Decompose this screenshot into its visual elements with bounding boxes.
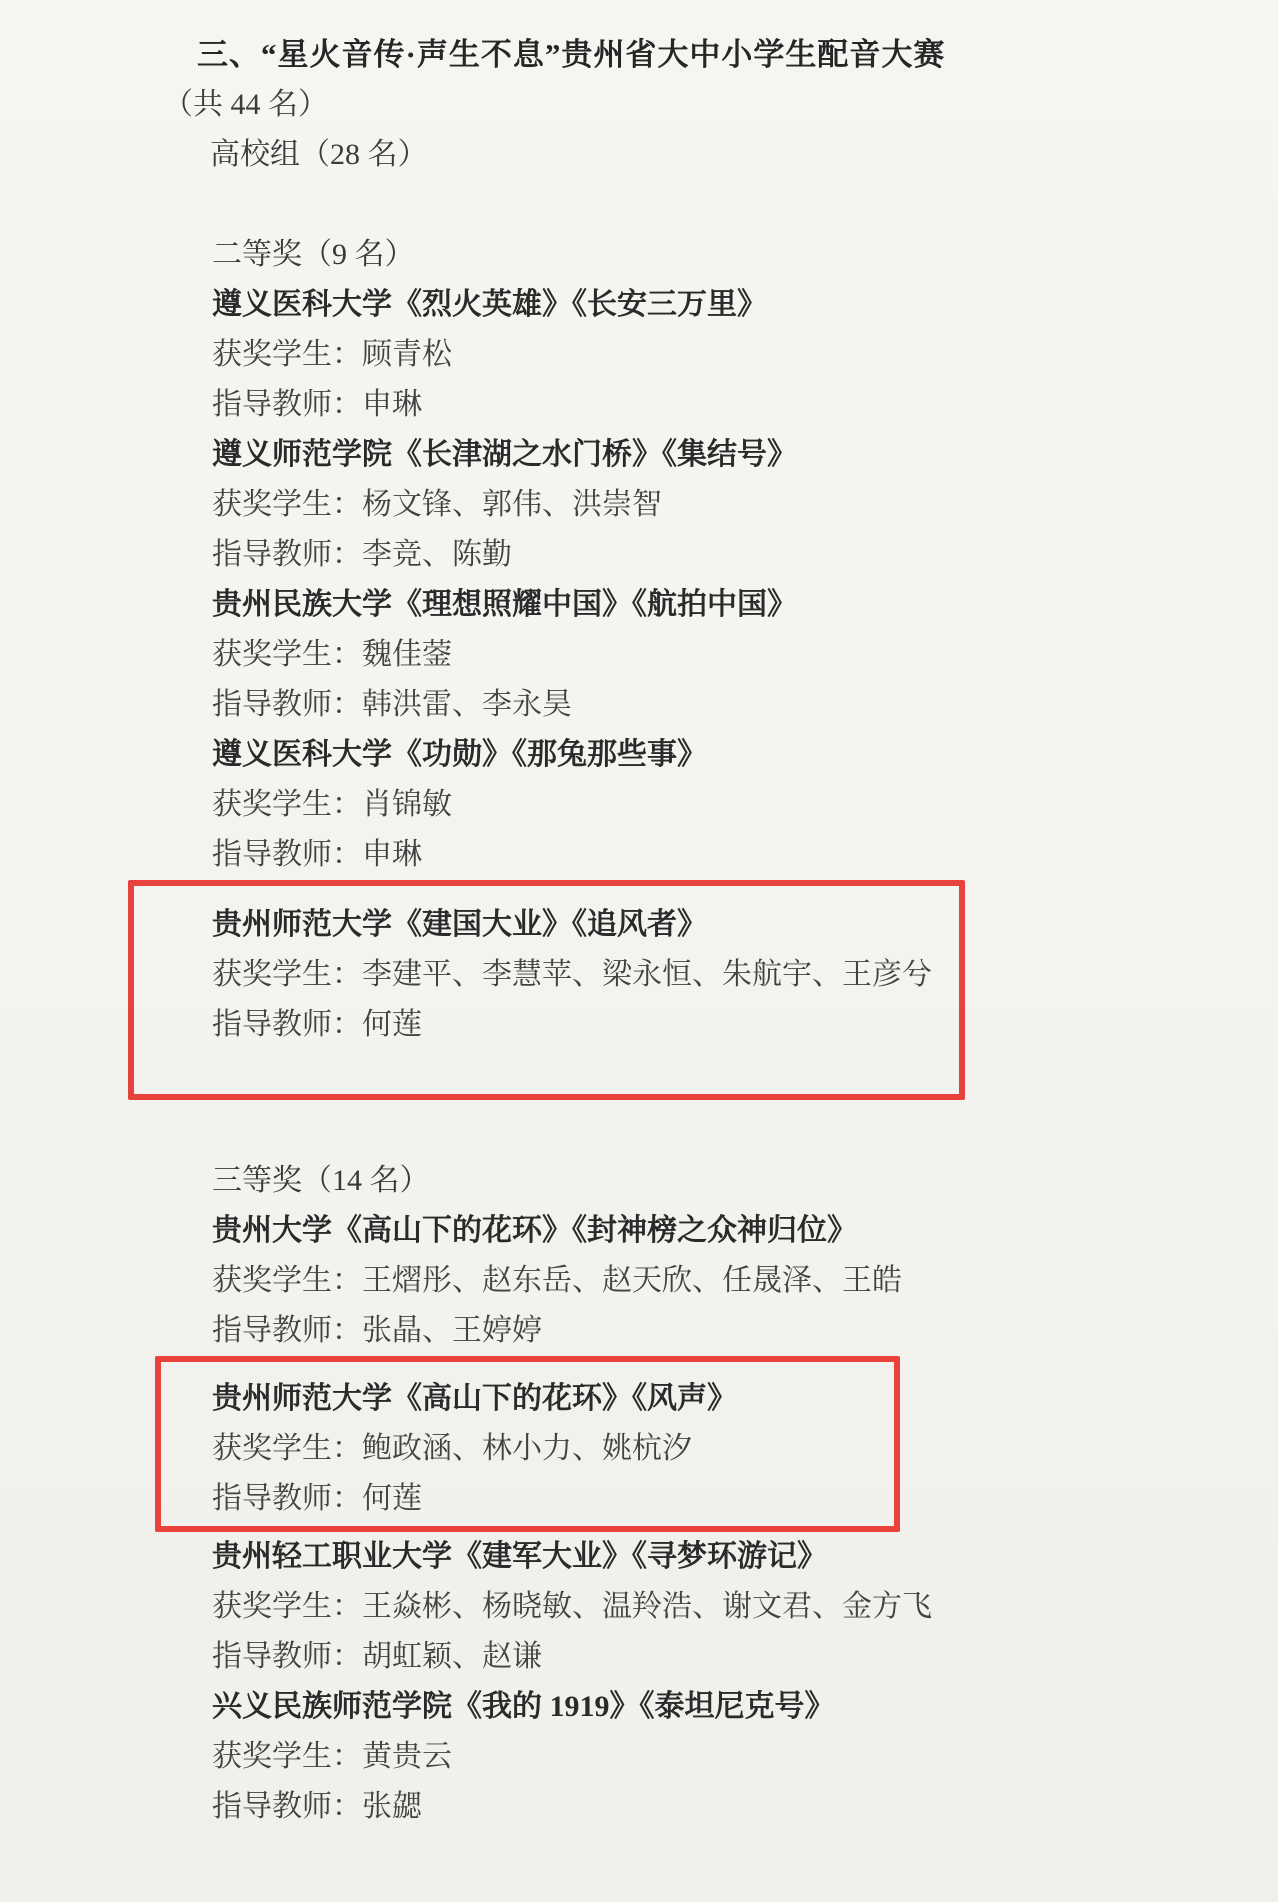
entry-students-line: 获奖学生：王焱彬、杨晓敏、温羚浩、谢文君、金方飞 (212, 1582, 1278, 1632)
entry-teachers-line: 指导教师：张勰 (212, 1782, 1278, 1832)
entry-school-line: 遵义医科大学《功勋》《那兔那些事》 (212, 730, 1278, 780)
document-page: 三、“星火音传·声生不息”贵州省大中小学生配音大赛 （共 44 名） 高校组（2… (0, 0, 1278, 1902)
entry-school-line: 贵州师范大学《建国大业》《追风者》 (212, 900, 959, 950)
award-entry-highlighted: 贵州师范大学《建国大业》《追风者》 获奖学生：李建平、李慧苹、梁永恒、朱航宇、王… (134, 900, 959, 1050)
award-tier-heading-third-prize: 三等奖（14 名） (212, 1156, 1278, 1206)
entry-school-line: 贵州民族大学《理想照耀中国》《航拍中国》 (212, 580, 1278, 630)
entry-teachers-line: 指导教师：申琳 (212, 830, 1278, 880)
entry-students-line: 获奖学生：黄贵云 (212, 1732, 1278, 1782)
entry-teachers-line: 指导教师：何莲 (212, 1474, 894, 1524)
entry-school-line: 贵州师范大学《高山下的花环》《风声》 (212, 1374, 894, 1424)
award-entry: 遵义医科大学《功勋》《那兔那些事》 获奖学生：肖锦敏 指导教师：申琳 (0, 730, 1278, 880)
entry-school-line: 遵义医科大学《烈火英雄》《长安三万里》 (212, 280, 1278, 330)
entry-students-line: 获奖学生：顾青松 (212, 330, 1278, 380)
award-entry: 贵州民族大学《理想照耀中国》《航拍中国》 获奖学生：魏佳蓥 指导教师：韩洪雷、李… (0, 580, 1278, 730)
entry-school-line: 遵义师范学院《长津湖之水门桥》《集结号》 (212, 430, 1278, 480)
entry-students-line: 获奖学生：杨文锋、郭伟、洪崇智 (212, 480, 1278, 530)
spacer (0, 180, 1278, 230)
award-tier-heading-second-prize: 二等奖（9 名） (212, 230, 1278, 280)
entry-students-line: 获奖学生：鲍政涵、林小力、姚杭汐 (212, 1424, 894, 1474)
entry-students-line: 获奖学生：王熠彤、赵东岳、赵天欣、任晟泽、王皓 (212, 1256, 1278, 1306)
entry-teachers-line: 指导教师：李竞、陈勤 (212, 530, 1278, 580)
entry-students-line: 获奖学生：李建平、李慧苹、梁永恒、朱航宇、王彦兮 (212, 950, 959, 1000)
entry-school-line: 兴义民族师范学院《我的 1919》《泰坦尼克号》 (212, 1682, 1278, 1732)
award-entry: 兴义民族师范学院《我的 1919》《泰坦尼克号》 获奖学生：黄贵云 指导教师：张… (0, 1682, 1278, 1832)
group-heading: 高校组（28 名） (210, 130, 1278, 180)
award-entry-highlighted: 贵州师范大学《高山下的花环》《风声》 获奖学生：鲍政涵、林小力、姚杭汐 指导教师… (161, 1374, 894, 1524)
award-entry: 遵义师范学院《长津湖之水门桥》《集结号》 获奖学生：杨文锋、郭伟、洪崇智 指导教… (0, 430, 1278, 580)
entry-students-line: 获奖学生：魏佳蓥 (212, 630, 1278, 680)
highlight-box-third-prize: 贵州师范大学《高山下的花环》《风声》 获奖学生：鲍政涵、林小力、姚杭汐 指导教师… (155, 1356, 900, 1532)
entry-school-line: 贵州大学《高山下的花环》《封神榜之众神归位》 (212, 1206, 1278, 1256)
document-title: 三、“星火音传·声生不息”贵州省大中小学生配音大赛 (197, 30, 1278, 80)
total-count-line: （共 44 名） (163, 80, 1278, 130)
entry-teachers-line: 指导教师：张晶、王婷婷 (212, 1306, 1278, 1356)
entry-students-line: 获奖学生：肖锦敏 (212, 780, 1278, 830)
entry-teachers-line: 指导教师：何莲 (212, 1000, 959, 1050)
spacer (0, 1100, 1278, 1156)
award-entry: 遵义医科大学《烈火英雄》《长安三万里》 获奖学生：顾青松 指导教师：申琳 (0, 280, 1278, 430)
award-entry: 贵州大学《高山下的花环》《封神榜之众神归位》 获奖学生：王熠彤、赵东岳、赵天欣、… (0, 1206, 1278, 1356)
entry-teachers-line: 指导教师：胡虹颖、赵谦 (212, 1632, 1278, 1682)
entry-teachers-line: 指导教师：申琳 (212, 380, 1278, 430)
entry-teachers-line: 指导教师：韩洪雷、李永昊 (212, 680, 1278, 730)
highlight-box-second-prize: 贵州师范大学《建国大业》《追风者》 获奖学生：李建平、李慧苹、梁永恒、朱航宇、王… (128, 880, 965, 1100)
award-entry: 贵州轻工职业大学《建军大业》《寻梦环游记》 获奖学生：王焱彬、杨晓敏、温羚浩、谢… (0, 1532, 1278, 1682)
document-content: 三、“星火音传·声生不息”贵州省大中小学生配音大赛 （共 44 名） 高校组（2… (0, 0, 1278, 1832)
entry-school-line: 贵州轻工职业大学《建军大业》《寻梦环游记》 (212, 1532, 1278, 1582)
